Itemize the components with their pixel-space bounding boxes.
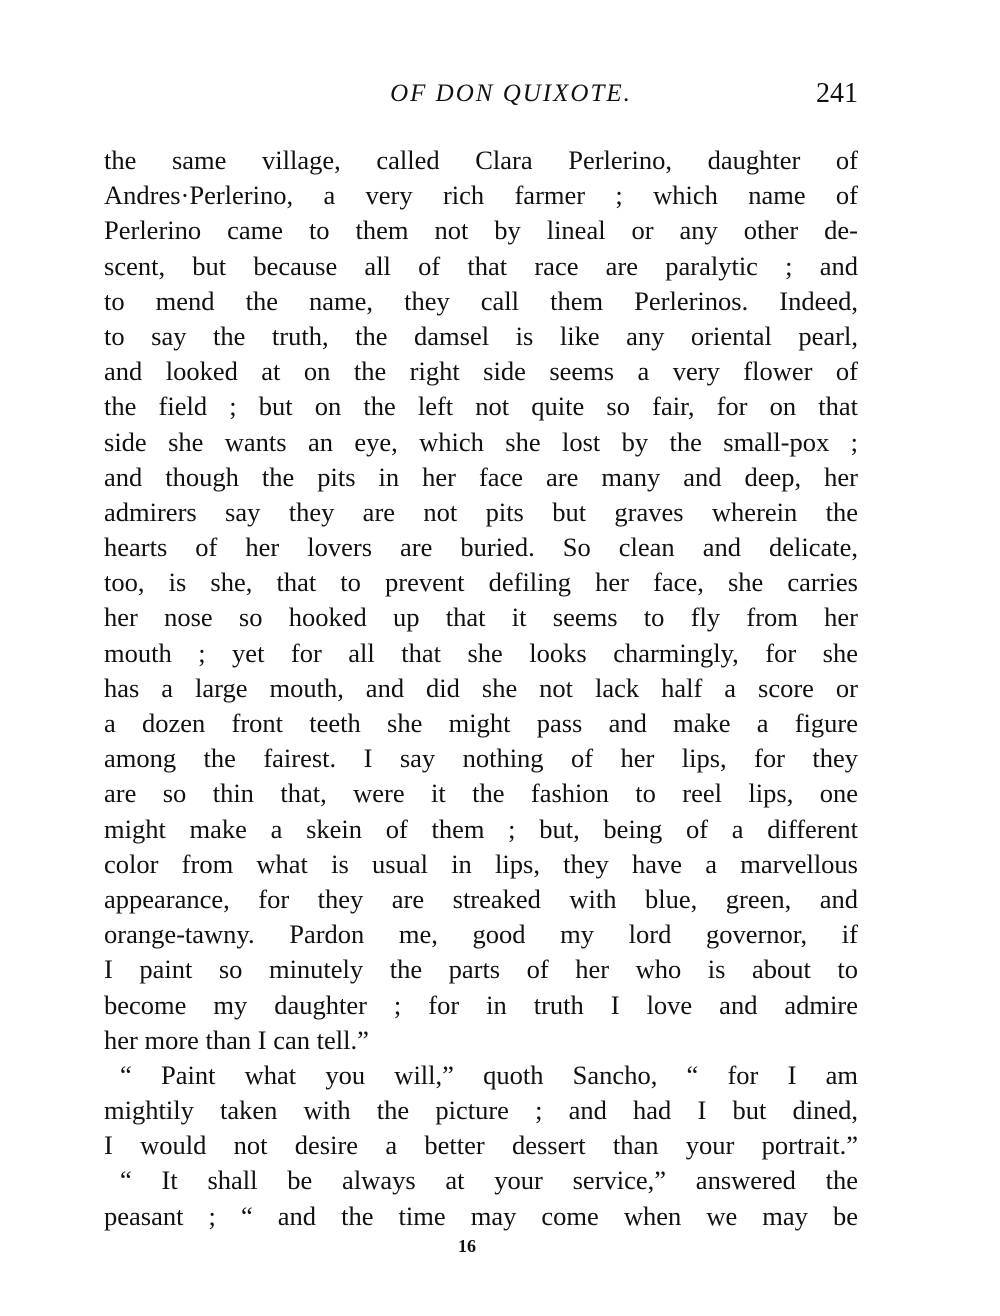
signature-mark: 16 [0,1236,1000,1257]
text-line: mightily taken with the picture ; and ha… [104,1093,858,1128]
text-line: “ It shall be always at your service,” a… [104,1163,858,1198]
text-line: the field ; but on the left not quite so… [104,389,858,424]
running-head: OF DON QUIXOTE. 241 [104,76,858,112]
text-line: Perlerino came to them not by lineal or … [104,213,858,248]
text-line: become my daughter ; for in truth I love… [104,988,858,1023]
text-line: and looked at on the right side seems a … [104,354,858,389]
text-line: admirers say they are not pits but grave… [104,495,858,530]
text-line: peasant ; “ and the time may come when w… [104,1199,858,1234]
text-line: I paint so minutely the parts of her who… [104,952,858,987]
text-line: “ Paint what you will,” quoth Sancho, “ … [104,1058,858,1093]
text-line: might make a skein of them ; but, being … [104,812,858,847]
text-line: to mend the name, they call them Perleri… [104,284,858,319]
page-number: 241 [816,78,858,110]
text-line: are so thin that, were it the fashion to… [104,776,858,811]
text-line: the same village, called Clara Perlerino… [104,143,858,178]
text-line: to say the truth, the damsel is like any… [104,319,858,354]
text-line: her nose so hooked up that it seems to f… [104,600,858,635]
book-page: OF DON QUIXOTE. 241 the same village, ca… [0,0,1000,1316]
text-line: has a large mouth, and did she not lack … [104,671,858,706]
text-line: appearance, for they are streaked with b… [104,882,858,917]
signature-number: 16 [458,1236,476,1256]
text-line: orange-tawny. Pardon me, good my lord go… [104,917,858,952]
text-line: and though the pits in her face are many… [104,460,858,495]
text-line: scent, but because all of that race are … [104,249,858,284]
text-line: her more than I can tell.” [104,1023,858,1058]
text-line: among the fairest. I say nothing of her … [104,741,858,776]
text-line: side she wants an eye, which she lost by… [104,425,858,460]
body-text: the same village, called Clara Perlerino… [104,143,858,1234]
text-line: color from what is usual in lips, they h… [104,847,858,882]
text-line: too, is she, that to prevent defiling he… [104,565,858,600]
text-line: Andres·Perlerino, a very rich farmer ; w… [104,178,858,213]
text-line: a dozen front teeth she might pass and m… [104,706,858,741]
running-title: OF DON QUIXOTE. [104,80,858,108]
text-line: I would not desire a better dessert than… [104,1128,858,1163]
text-line: mouth ; yet for all that she looks charm… [104,636,858,671]
text-line: hearts of her lovers are buried. So clea… [104,530,858,565]
